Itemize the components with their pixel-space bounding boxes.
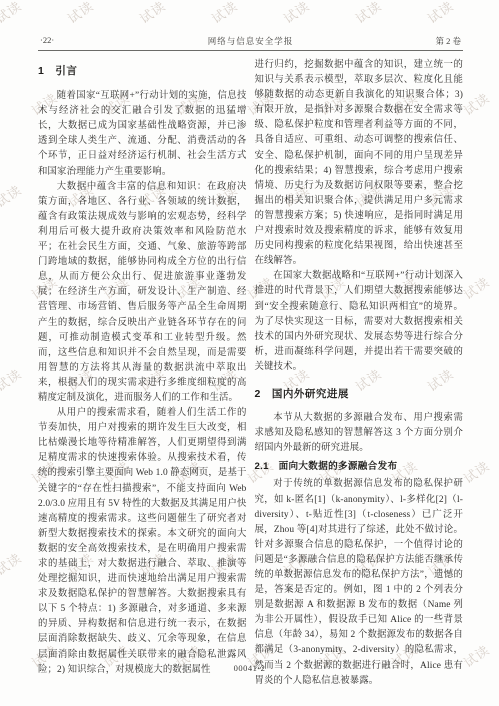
watermark-stamp: 试读 xyxy=(0,364,25,396)
watermark-stamp: 试读 xyxy=(0,180,25,212)
watermark-stamp: 试读 xyxy=(423,0,457,27)
watermark-stamp: 试读 xyxy=(0,548,25,580)
paragraph: 进行归约，挖掘数据中蕴含的知识，建立统一的知识与关系表示模型，萃取多层次、粒度化… xyxy=(255,58,464,269)
watermark-stamp: 试读 xyxy=(351,0,385,27)
footer-page-id: 00041-2 xyxy=(0,663,499,673)
paragraph: 从用户的搜索需求看，随着人们生活工作的节奏加快，用户对搜索的期许发生巨大改变，相… xyxy=(38,406,247,678)
right-column: 进行归约，挖掘数据中蕴含的知识，建立统一的知识与关系表示模型，萃取多层次、粒度化… xyxy=(251,58,464,660)
watermark-stamp: 试读 xyxy=(63,0,97,27)
watermark-stamp: 试读 xyxy=(459,88,493,120)
journal-title: 网络与信息安全学报 xyxy=(38,35,463,47)
page-header: ·22· 网络与信息安全学报 第 2 卷 xyxy=(38,34,463,51)
paragraph: 在国家大数据战略和“互联网+”行动计划深入推进的时代背景下，人们期望大数据搜索能… xyxy=(255,269,464,375)
watermark-stamp: 试读 xyxy=(207,0,241,27)
watermark-stamp: 试读 xyxy=(0,0,25,27)
paper-page: 试读试读试读试读试读试读试读试读试读试读试读试读试读试读试读试读试读试读试读试读… xyxy=(0,0,499,706)
paragraph: 本节从大数据的多源融合发布、用户搜索需求感知及隐私感知的智慧解答这 3 个方面分… xyxy=(255,411,464,456)
section-heading-1: 1 引言 xyxy=(38,64,247,79)
paragraph: 随着国家“互联网+”行动计划的实施，信息技术与经济社会的交汇融合引发了数据的迅猛… xyxy=(38,89,247,180)
watermark-stamp: 试读 xyxy=(459,456,493,488)
volume-label: 第 2 卷 xyxy=(435,35,461,47)
paragraph: 大数据中蕴含丰富的信息和知识：在政府决策方面，各地区、各行业、各领域的统计数据，… xyxy=(38,180,247,406)
paragraph: 对于传统的单数据源信息发布的隐私保护研究，如 k-匿名[1]（k-anonymi… xyxy=(255,477,464,688)
watermark-stamp: 试读 xyxy=(279,0,313,27)
two-column-body: 1 引言 随着国家“互联网+”行动计划的实施，信息技术与经济社会的交汇融合引发了… xyxy=(38,58,463,660)
left-column: 1 引言 随着国家“互联网+”行动计划的实施，信息技术与经济社会的交汇融合引发了… xyxy=(38,58,251,660)
subsection-heading-2-1: 2.1 面向大数据的多源融合发布 xyxy=(255,459,464,474)
watermark-stamp: 试读 xyxy=(135,0,169,27)
section-heading-2: 2 国内外研究进展 xyxy=(255,387,464,402)
watermark-stamp: 试读 xyxy=(459,272,493,304)
